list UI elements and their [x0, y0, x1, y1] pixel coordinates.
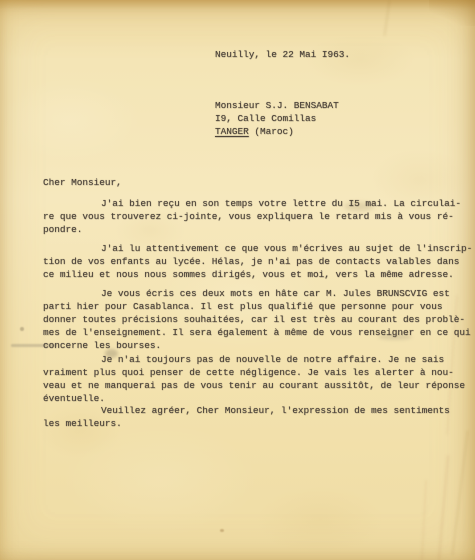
paper-crease [451, 430, 468, 555]
closing-formula: Veuillez agréer, Cher Monsieur, l'expres… [43, 404, 473, 430]
paragraph-4: Je n'ai toujours pas de nouvelle de notr… [43, 353, 473, 405]
paper-speck [220, 529, 224, 532]
paragraph-3: Je vous écris ces deux mots en hâte car … [43, 287, 473, 352]
recipient-street: I9, Calle Comillas [215, 112, 339, 125]
recipient-city-line: TANGER (Maroc) [215, 125, 339, 138]
paper-crease [384, 0, 391, 36]
salutation: Cher Monsieur, [43, 176, 122, 189]
recipient-address: Monsieur S.J. BENSABAT I9, Calle Comilla… [215, 99, 339, 138]
letter-page: Neuilly, le 22 Mai I963. Monsieur S.J. B… [0, 0, 475, 560]
paragraph-1: J'ai bien reçu en son temps votre lettre… [43, 197, 473, 236]
recipient-city: TANGER [215, 126, 249, 137]
paper-speck [20, 327, 24, 331]
paper-corner-fold [429, 0, 475, 26]
paper-crease [437, 455, 449, 560]
recipient-country: (Maroc) [249, 126, 294, 137]
paragraph-2: J'ai lu attentivement ce que vous m'écri… [43, 242, 473, 281]
paper-crease [421, 480, 427, 560]
recipient-name: Monsieur S.J. BENSABAT [215, 99, 339, 112]
date-line: Neuilly, le 22 Mai I963. [215, 48, 350, 61]
